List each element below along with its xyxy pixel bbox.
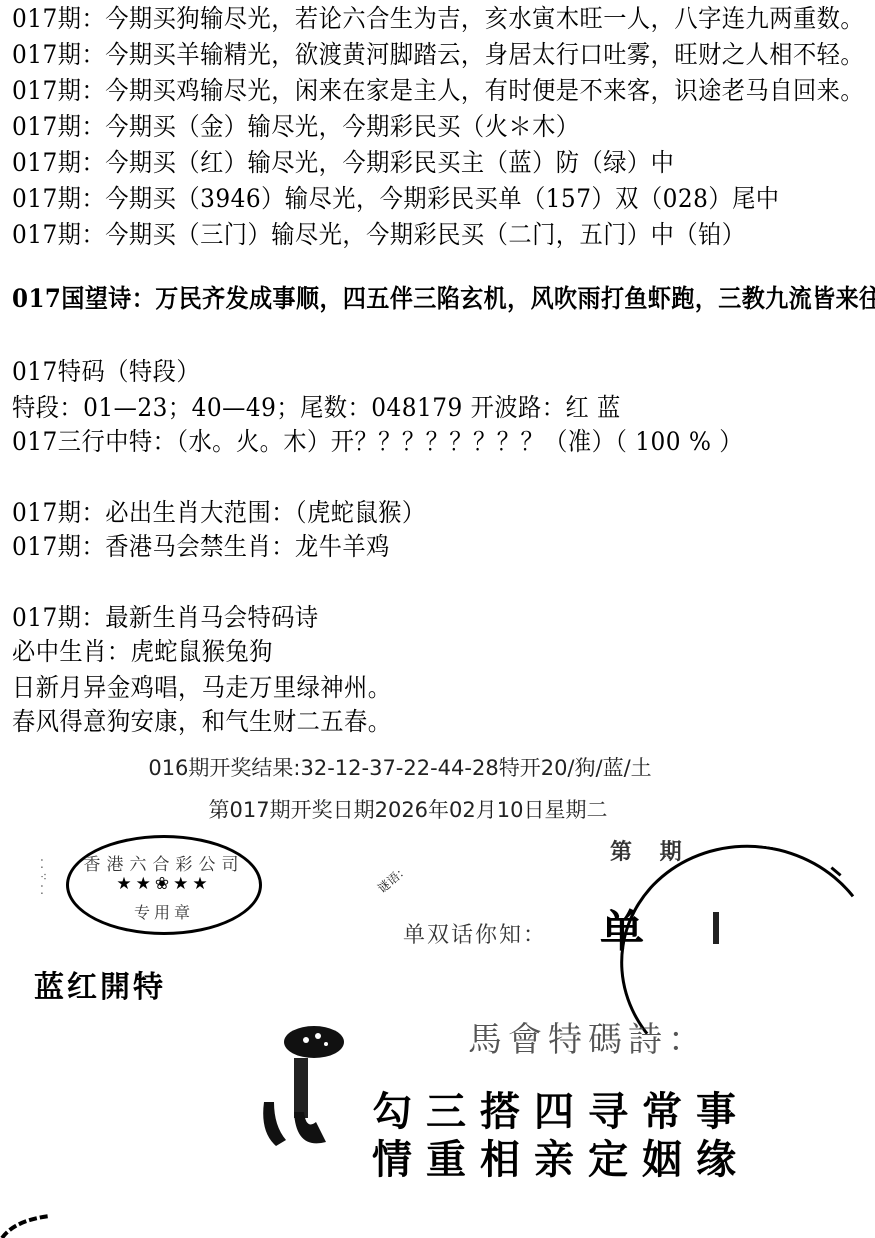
prediction-line: 017期：今期买狗输尽光，若论六合生为吉，亥水寅木旺一人，八字连九两重数。 (12, 4, 864, 34)
official-stamp: 香港六合彩公司 ★★❀★★ 专用章 (66, 835, 262, 935)
last-draw-result: 016期开奖结果:32-12-37-22-44-28特开20/狗/蓝/土 (0, 755, 800, 781)
stamp-top-text: 香港六合彩公司 (69, 850, 259, 875)
zodiac-banned: 017期：香港马会禁生肖：龙牛羊鸡 (12, 532, 390, 562)
zodiac-must-range: 017期：必出生肖大范围：（虎蛇鼠猴） (12, 498, 426, 528)
prediction-line: 017期：今期买（3946）输尽光，今期彩民买单（157）双（028）尾中 (12, 184, 780, 214)
corner-arc-icon (0, 1210, 60, 1238)
prediction-line: 017期：今期买（红）输尽光，今期彩民买主（蓝）防（绿）中 (12, 148, 674, 178)
prediction-line: 017期：今期买（金）输尽光，今期彩民买（火＊木） (12, 112, 580, 142)
prediction-line: 017期：今期买羊输精光，欲渡黄河脚踏云，身居太行口吐雾，旺财之人相不轻。 (12, 40, 864, 70)
blue-red-label: 蓝红開特 (34, 962, 166, 1006)
prediction-line: 017期：今期买（三门）输尽光，今期彩民买（二门，五门）中（铂） (12, 220, 746, 250)
stamp-bottom-text: 专用章 (69, 900, 259, 923)
national-poem: 017国望诗：万民齐发成事顺，四五伴三陷玄机，风吹雨打鱼虾跑，三教九流皆来往。 (12, 284, 875, 314)
special-range: 特段：01—23；40—49；尾数：048179 开波路：红 蓝 (12, 393, 621, 423)
special-title: 017特码（特段） (12, 357, 200, 387)
decorative-s-icon (256, 1022, 346, 1152)
mahui-poem-line2: 情重相亲定姻缘 (372, 1128, 750, 1185)
stamp-noise: ⁚⁖⁚ (40, 858, 68, 898)
horse-poem-title: 017期：最新生肖马会特码诗 (12, 603, 319, 633)
handwritten-note: 谜语： (374, 860, 413, 896)
stamp-stars-icon: ★★❀★★ (69, 874, 259, 894)
next-draw-date: 第017期开奖日期2026年02月10日星期二 (8, 797, 808, 823)
bar-mark (713, 912, 719, 944)
seal-char: 单 (600, 895, 644, 959)
odd-even-label: 单双话你知： (403, 918, 547, 949)
horse-poem-must-zodiac: 必中生肖：虎蛇鼠猴兔狗 (12, 637, 273, 667)
mahui-poem-title: 馬會特碼詩： (468, 1012, 708, 1061)
horse-poem-line1: 日新月异金鸡唱，马走万里绿神州。 (12, 673, 391, 703)
prediction-line: 017期：今期买鸡输尽光，闲来在家是主人，有时便是不来客，识途老马自回来。 (12, 76, 864, 106)
special-five-elements: 017三行中特：（水。火。木）开？？？？？？？？（准）（ 100 % ） (12, 427, 743, 457)
horse-poem-line2: 春风得意狗安康，和气生财二五春。 (12, 707, 391, 737)
